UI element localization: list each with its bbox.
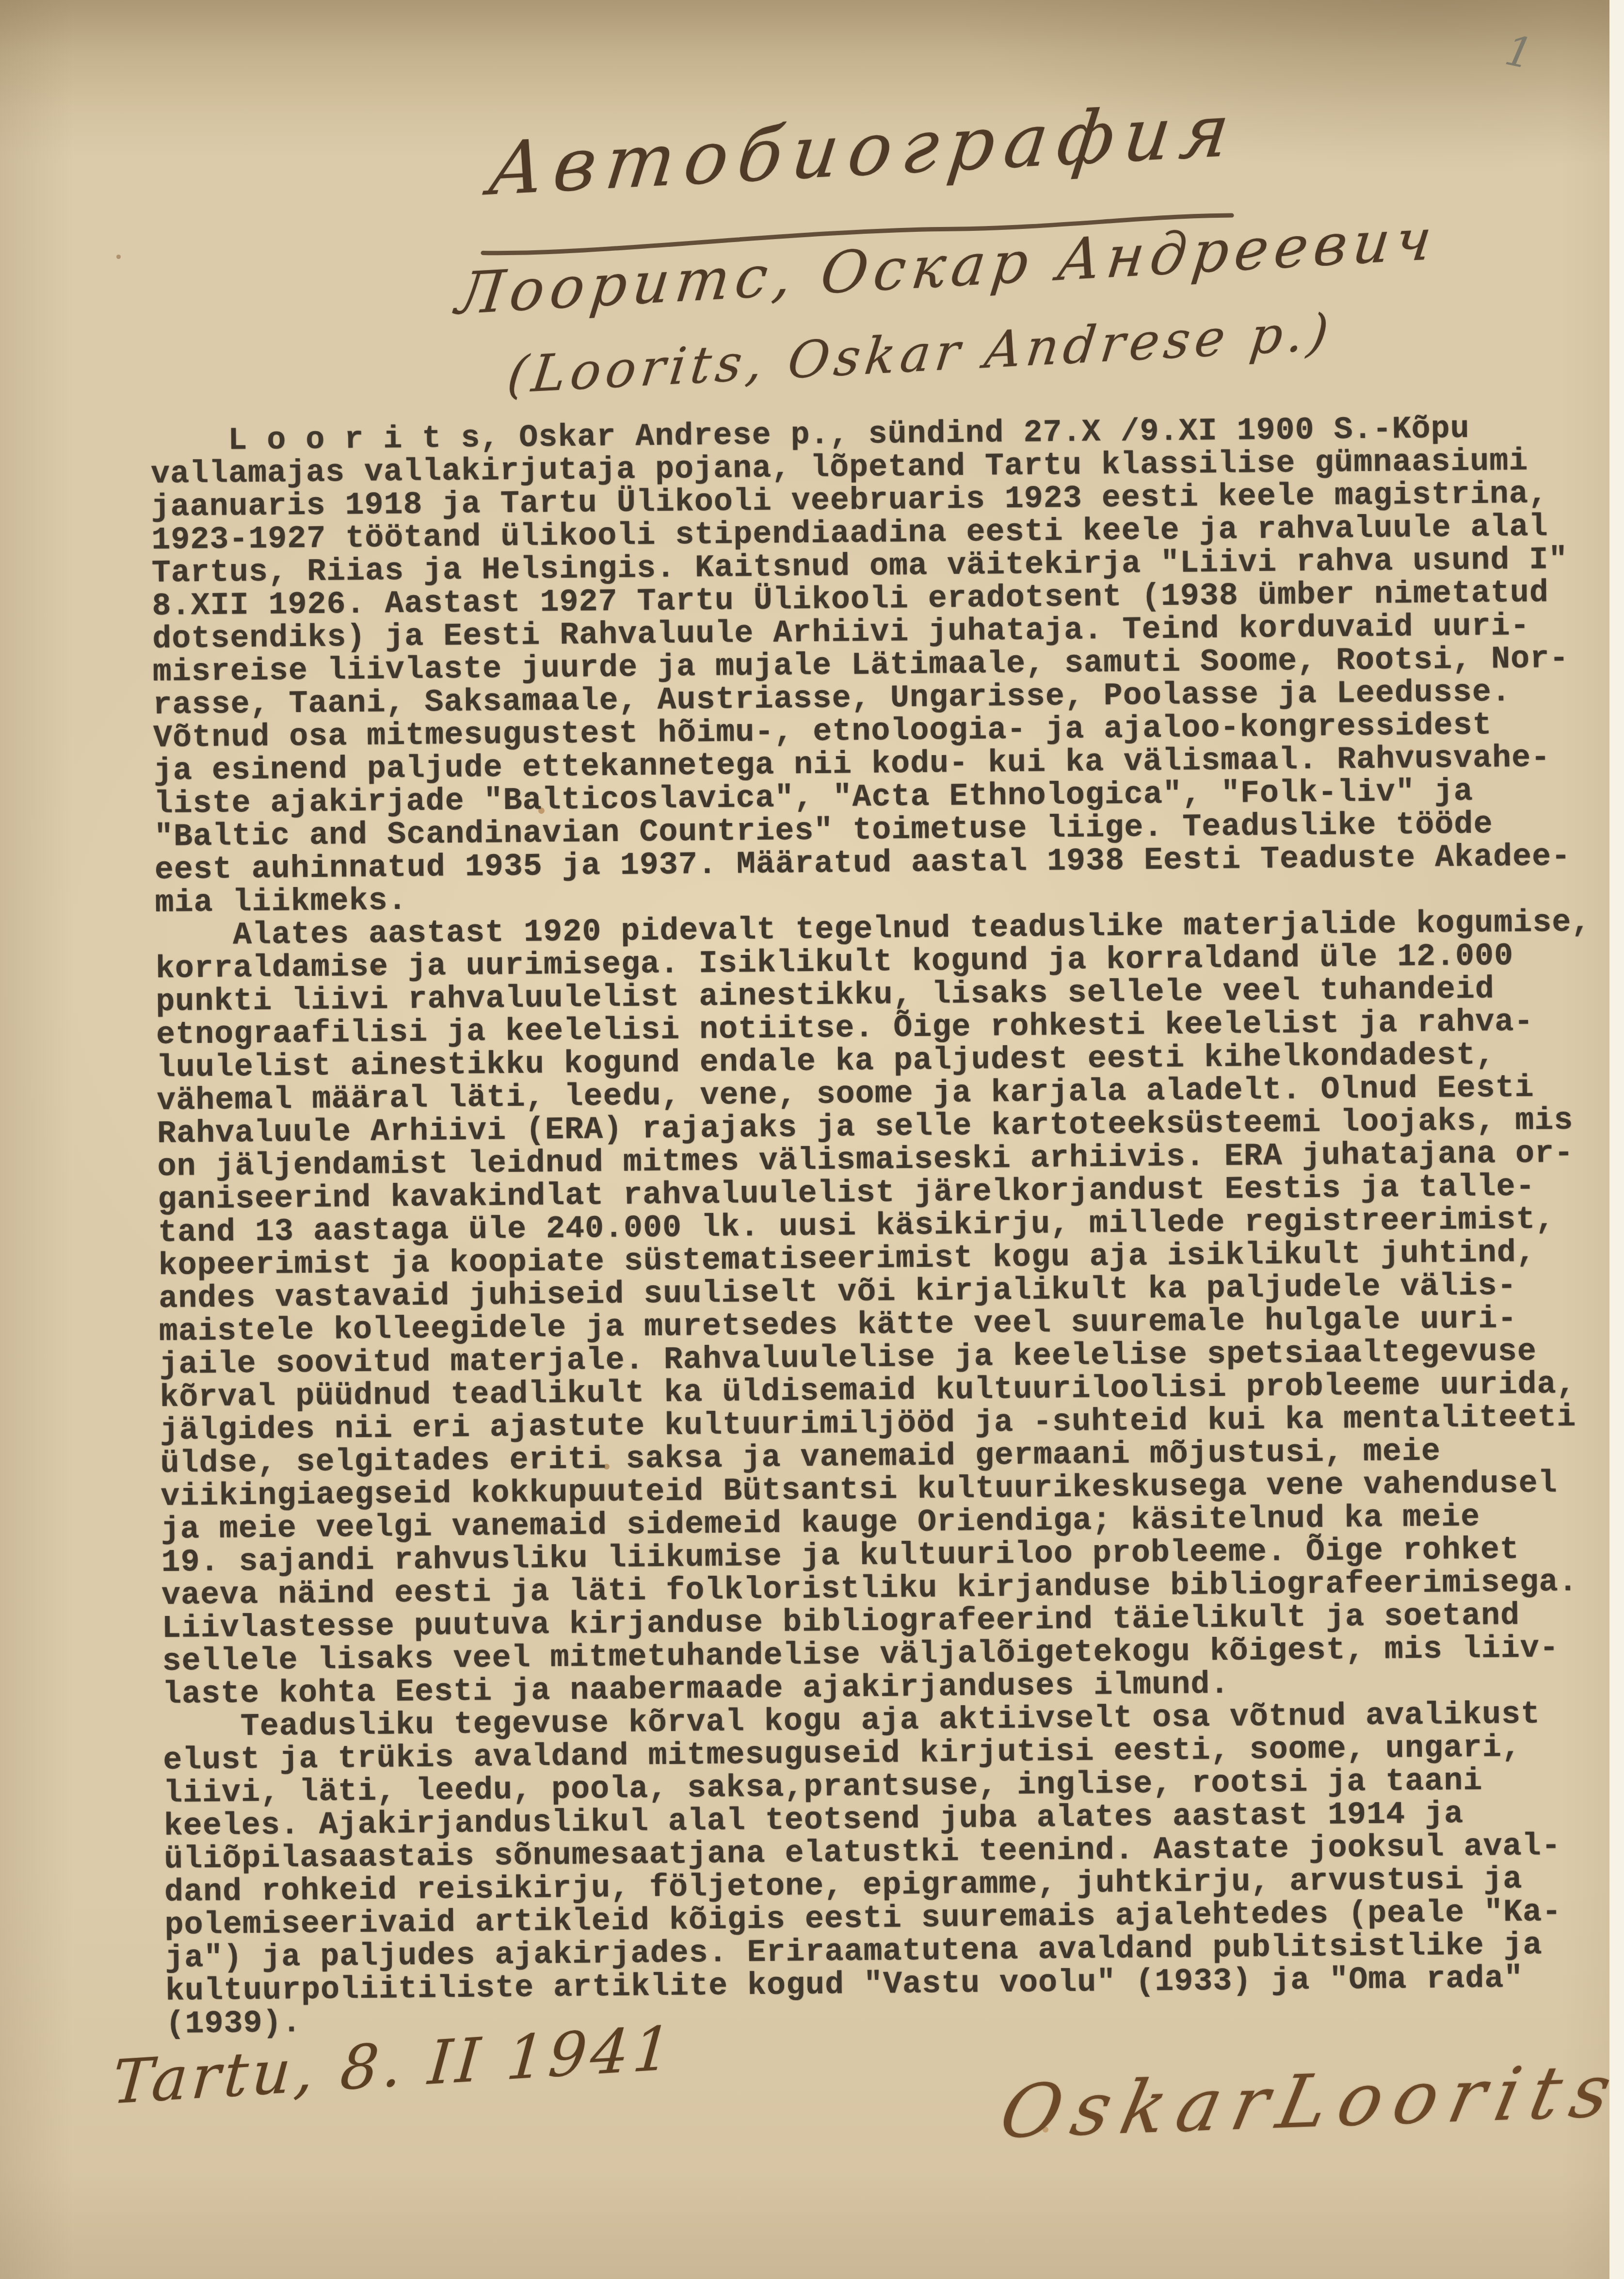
typed-paragraph-public-life: Teadusliku tegevuse kõrval kogu aja akti… [162, 1697, 1624, 2041]
scanned-document: { "page": { "page_number": "1", "header"… [0, 0, 1624, 2279]
scan-edge [1609, 0, 1624, 2279]
typed-paragraph-biography: L o o r i t s, Oskar Andrese p., sündind… [150, 411, 1624, 920]
typed-paragraph-research: Alates aastast 1920 pidevalt tegelnud te… [155, 905, 1624, 1711]
typed-text-block: L o o r i t s, Oskar Andrese p., sündind… [150, 411, 1624, 2041]
